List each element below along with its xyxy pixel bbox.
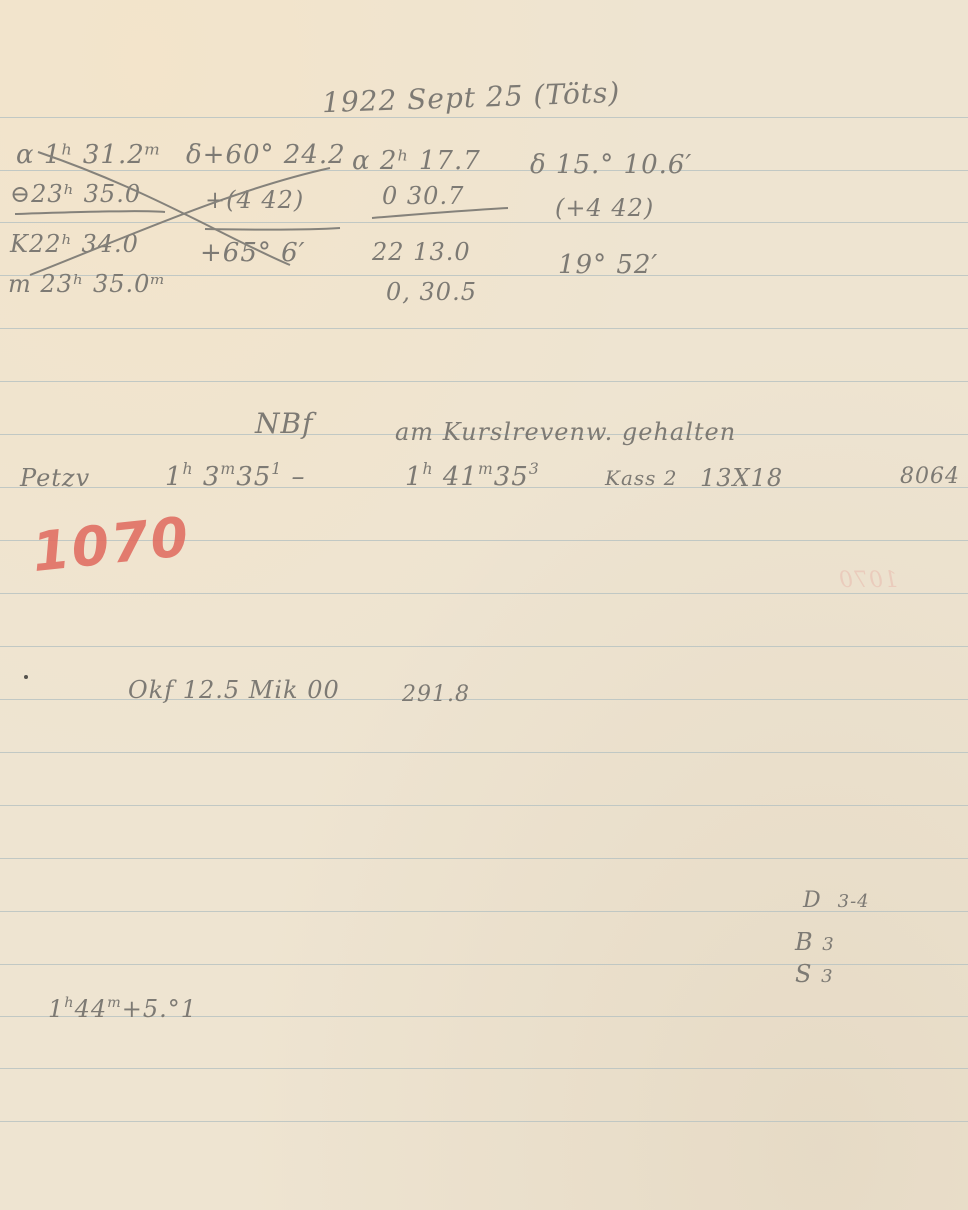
note-heading-label: NBf bbox=[255, 410, 313, 438]
rule-line bbox=[0, 117, 968, 118]
rule-line bbox=[0, 752, 968, 753]
exposure-end: 1h 41m353 bbox=[405, 462, 540, 490]
rule-line bbox=[0, 858, 968, 859]
faint-stamp: 1070 bbox=[838, 570, 898, 592]
rating-b: B 3 bbox=[795, 930, 835, 954]
right-line3-value: 22 13.0 bbox=[372, 240, 471, 264]
right-line1-alpha: α 2ʰ 17.7 bbox=[352, 148, 481, 174]
ink-dot bbox=[24, 675, 28, 679]
objective-value: 291.8 bbox=[402, 684, 470, 706]
left-line1-delta: δ+60° 24.2 bbox=[186, 142, 346, 168]
rule-line bbox=[0, 222, 968, 223]
rule-line bbox=[0, 805, 968, 806]
plate-number: 8064 bbox=[900, 466, 960, 488]
rule-line bbox=[0, 170, 968, 171]
rule-line bbox=[0, 646, 968, 647]
rule-line bbox=[0, 593, 968, 594]
camera-label: Kass 2 bbox=[605, 468, 677, 488]
notebook-page: 1922 Sept 25 (Töts) α 1ʰ 31.2ᵐ δ+60° 24.… bbox=[0, 0, 968, 1210]
rule-line bbox=[0, 1121, 968, 1122]
note-heading-text: am Kurslrevenw. gehalten bbox=[395, 420, 736, 444]
objective-line: Okf 12.5 Mik 00 bbox=[128, 678, 340, 702]
bottom-note: 1h44m+5.°1 bbox=[48, 996, 197, 1021]
left-line2-correction: +(4 42) bbox=[205, 188, 304, 212]
plate-size: 13X18 bbox=[700, 466, 783, 490]
rule-line bbox=[0, 1068, 968, 1069]
right-line3-result: 19° 52′ bbox=[558, 252, 658, 278]
left-line3-value: K22ʰ 34.0 bbox=[10, 232, 139, 256]
rating-d: D 3-4 bbox=[803, 890, 870, 912]
left-line1-alpha: α 1ʰ 31.2ᵐ bbox=[16, 142, 162, 168]
right-line1-delta: δ 15.° 10.6′ bbox=[530, 152, 692, 178]
left-line2-value: ⊖23ʰ 35.0 bbox=[10, 182, 141, 206]
rule-line bbox=[0, 328, 968, 329]
right-line4-value: 0, 30.5 bbox=[386, 280, 477, 304]
exposure-start: 1h 3m351 – bbox=[165, 462, 305, 490]
rating-s: S 3 bbox=[795, 962, 834, 986]
page-title: 1922 Sept 25 (Töts) bbox=[322, 79, 621, 117]
right-line2-correction: (+4 42) bbox=[555, 196, 654, 220]
left-line4-value: m 23ʰ 35.0ᵐ bbox=[8, 272, 166, 296]
left-line3-result: +65° 6′ bbox=[200, 240, 306, 266]
rule-line bbox=[0, 381, 968, 382]
red-plate-number: 1070 bbox=[30, 510, 193, 580]
right-line2-value: 0 30.7 bbox=[382, 184, 464, 208]
exposure-label: Petzv bbox=[20, 466, 90, 490]
